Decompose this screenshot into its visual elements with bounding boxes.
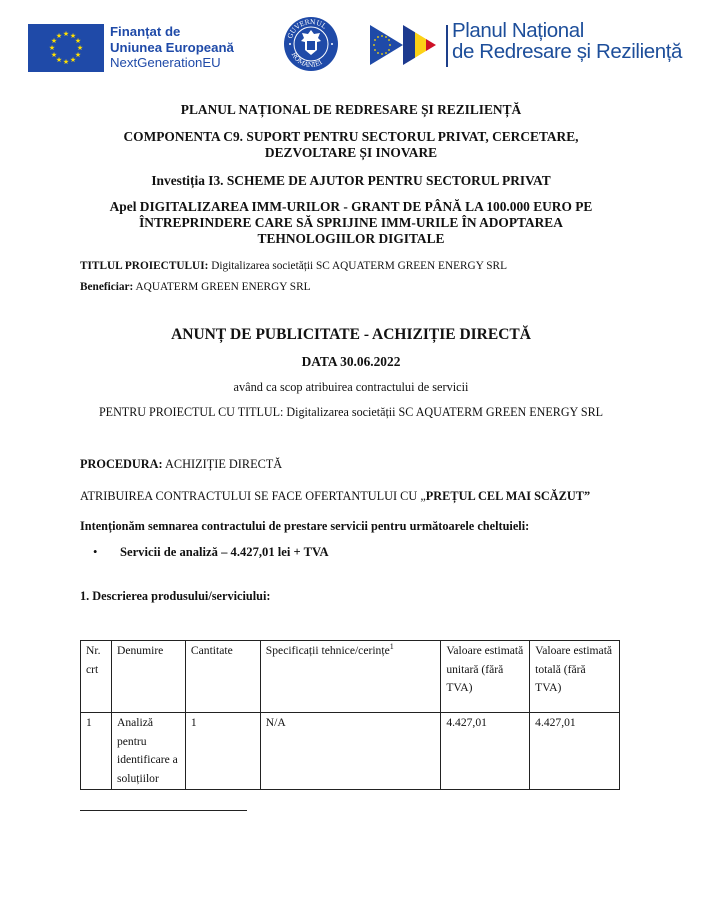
header-cantitate: Cantitate bbox=[185, 641, 260, 713]
project-title-label: TITLUL PROIECTULUI: bbox=[80, 260, 208, 272]
svg-text:★: ★ bbox=[63, 58, 69, 66]
cell-spec: N/A bbox=[260, 713, 441, 790]
procedure-value: ACHIZIȚIE DIRECTĂ bbox=[163, 457, 283, 471]
romanian-government-seal-icon: GUVERNUL ROMÂNIEI bbox=[283, 16, 339, 72]
header-total-value: Valoare estimată totală (fără TVA) bbox=[530, 641, 620, 713]
eu-funding-line1: Finanțat de bbox=[110, 24, 234, 40]
footnote-mark: 1 bbox=[390, 642, 394, 651]
award-criterion-prefix: ATRIBUIREA CONTRACTULUI SE FACE OFERTANT… bbox=[80, 489, 426, 503]
intent-line: Intenționăm semnarea contractului de pre… bbox=[80, 519, 529, 534]
svg-text:★: ★ bbox=[56, 32, 62, 40]
cell-nr: 1 bbox=[81, 713, 112, 790]
section-1-heading: 1. Descrierea produsului/serviciului: bbox=[80, 589, 271, 604]
product-service-table: Nr. crt Denumire Cantitate Specificații … bbox=[80, 640, 620, 790]
svg-text:★: ★ bbox=[70, 56, 76, 64]
header-specificatii-text: Specificații tehnice/cerințe bbox=[266, 644, 390, 657]
call-title-line2: ÎNTREPRINDERE CARE SĂ SPRIJINE IMM-URILE… bbox=[0, 215, 702, 231]
cell-unit-value: 4.427,01 bbox=[441, 713, 530, 790]
bullet-icon: • bbox=[93, 545, 97, 560]
component-title-line2: DEZVOLTARE ȘI INOVARE bbox=[0, 145, 702, 161]
header-unit-value: Valoare estimată unitară (fără TVA) bbox=[441, 641, 530, 713]
svg-text:★: ★ bbox=[51, 51, 57, 59]
expense-item: • Servicii de analiză – 4.427,01 lei + T… bbox=[80, 545, 329, 560]
procedure-line: PROCEDURA: ACHIZIȚIE DIRECTĂ bbox=[80, 457, 282, 472]
header-denumire: Denumire bbox=[111, 641, 185, 713]
call-title-line3: TEHNOLOGIILOR DIGITALE bbox=[0, 231, 702, 247]
beneficiary-label: Beneficiar: bbox=[80, 281, 133, 293]
cell-name: Analiză pentru identificare a soluțiilor bbox=[111, 713, 185, 790]
cell-total-value: 4.427,01 bbox=[530, 713, 620, 790]
pnrr-logo-text: Planul Național de Redresare și Rezilien… bbox=[452, 20, 682, 62]
svg-text:★: ★ bbox=[49, 44, 55, 52]
table-header-row: Nr. crt Denumire Cantitate Specificații … bbox=[81, 641, 620, 713]
pnrr-flags-icon bbox=[370, 25, 447, 65]
header-nr-crt: Nr. crt bbox=[81, 641, 112, 713]
announcement-scope: având ca scop atribuirea contractului de… bbox=[0, 380, 702, 395]
award-criterion-line: ATRIBUIREA CONTRACTULUI SE FACE OFERTANT… bbox=[80, 489, 590, 504]
eu-funding-line2: Uniunea Europeană bbox=[110, 40, 234, 56]
table-row: 1 Analiză pentru identificare a soluțiil… bbox=[81, 713, 620, 790]
svg-text:★: ★ bbox=[63, 30, 69, 38]
announcement-project-line: PENTRU PROIECTUL CU TITLUL: Digitalizare… bbox=[0, 405, 702, 420]
project-title-value: Digitalizarea societății SC AQUATERM GRE… bbox=[208, 260, 507, 272]
announcement-heading: ANUNȚ DE PUBLICITATE - ACHIZIȚIE DIRECTĂ bbox=[0, 326, 702, 344]
pnrr-line1: Planul Național bbox=[452, 20, 682, 41]
header-specificatii: Specificații tehnice/cerințe1 bbox=[260, 641, 441, 713]
call-title: Apel DIGITALIZAREA IMM-URILOR - GRANT DE… bbox=[0, 199, 702, 247]
component-title-line1: COMPONENTA C9. SUPORT PENTRU SECTORUL PR… bbox=[0, 129, 702, 145]
project-title-line: TITLUL PROIECTULUI: Digitalizarea societ… bbox=[80, 260, 507, 272]
beneficiary-value: AQUATERM GREEN ENERGY SRL bbox=[133, 281, 310, 293]
component-title: COMPONENTA C9. SUPORT PENTRU SECTORUL PR… bbox=[0, 129, 702, 161]
announcement-date: DATA 30.06.2022 bbox=[0, 354, 702, 370]
plan-title: PLANUL NAȚIONAL DE REDRESARE ȘI REZILIEN… bbox=[0, 102, 702, 118]
expenses-list: • Servicii de analiză – 4.427,01 lei + T… bbox=[80, 545, 329, 560]
eu-funding-line3: NextGenerationEU bbox=[110, 55, 234, 71]
footnote-separator bbox=[80, 810, 247, 811]
investment-title: Investiția I3. SCHEME DE AJUTOR PENTRU S… bbox=[0, 173, 702, 189]
logo-divider bbox=[446, 25, 448, 67]
expense-item-text: Servicii de analiză – 4.427,01 lei + TVA bbox=[120, 545, 329, 559]
cell-qty: 1 bbox=[185, 713, 260, 790]
award-criterion-value: PREȚUL CEL MAI SCĂZUT” bbox=[426, 489, 590, 503]
eu-funding-label: Finanțat de Uniunea Europeană NextGenera… bbox=[110, 24, 234, 71]
pnrr-line2: de Redresare și Reziliență bbox=[452, 41, 682, 62]
call-title-line1: Apel DIGITALIZAREA IMM-URILOR - GRANT DE… bbox=[0, 199, 702, 215]
eu-flag-icon: ★★★ ★★★ ★★★ ★★★ bbox=[28, 24, 104, 72]
beneficiary-line: Beneficiar: AQUATERM GREEN ENERGY SRL bbox=[80, 281, 311, 293]
procedure-label: PROCEDURA: bbox=[80, 457, 163, 471]
